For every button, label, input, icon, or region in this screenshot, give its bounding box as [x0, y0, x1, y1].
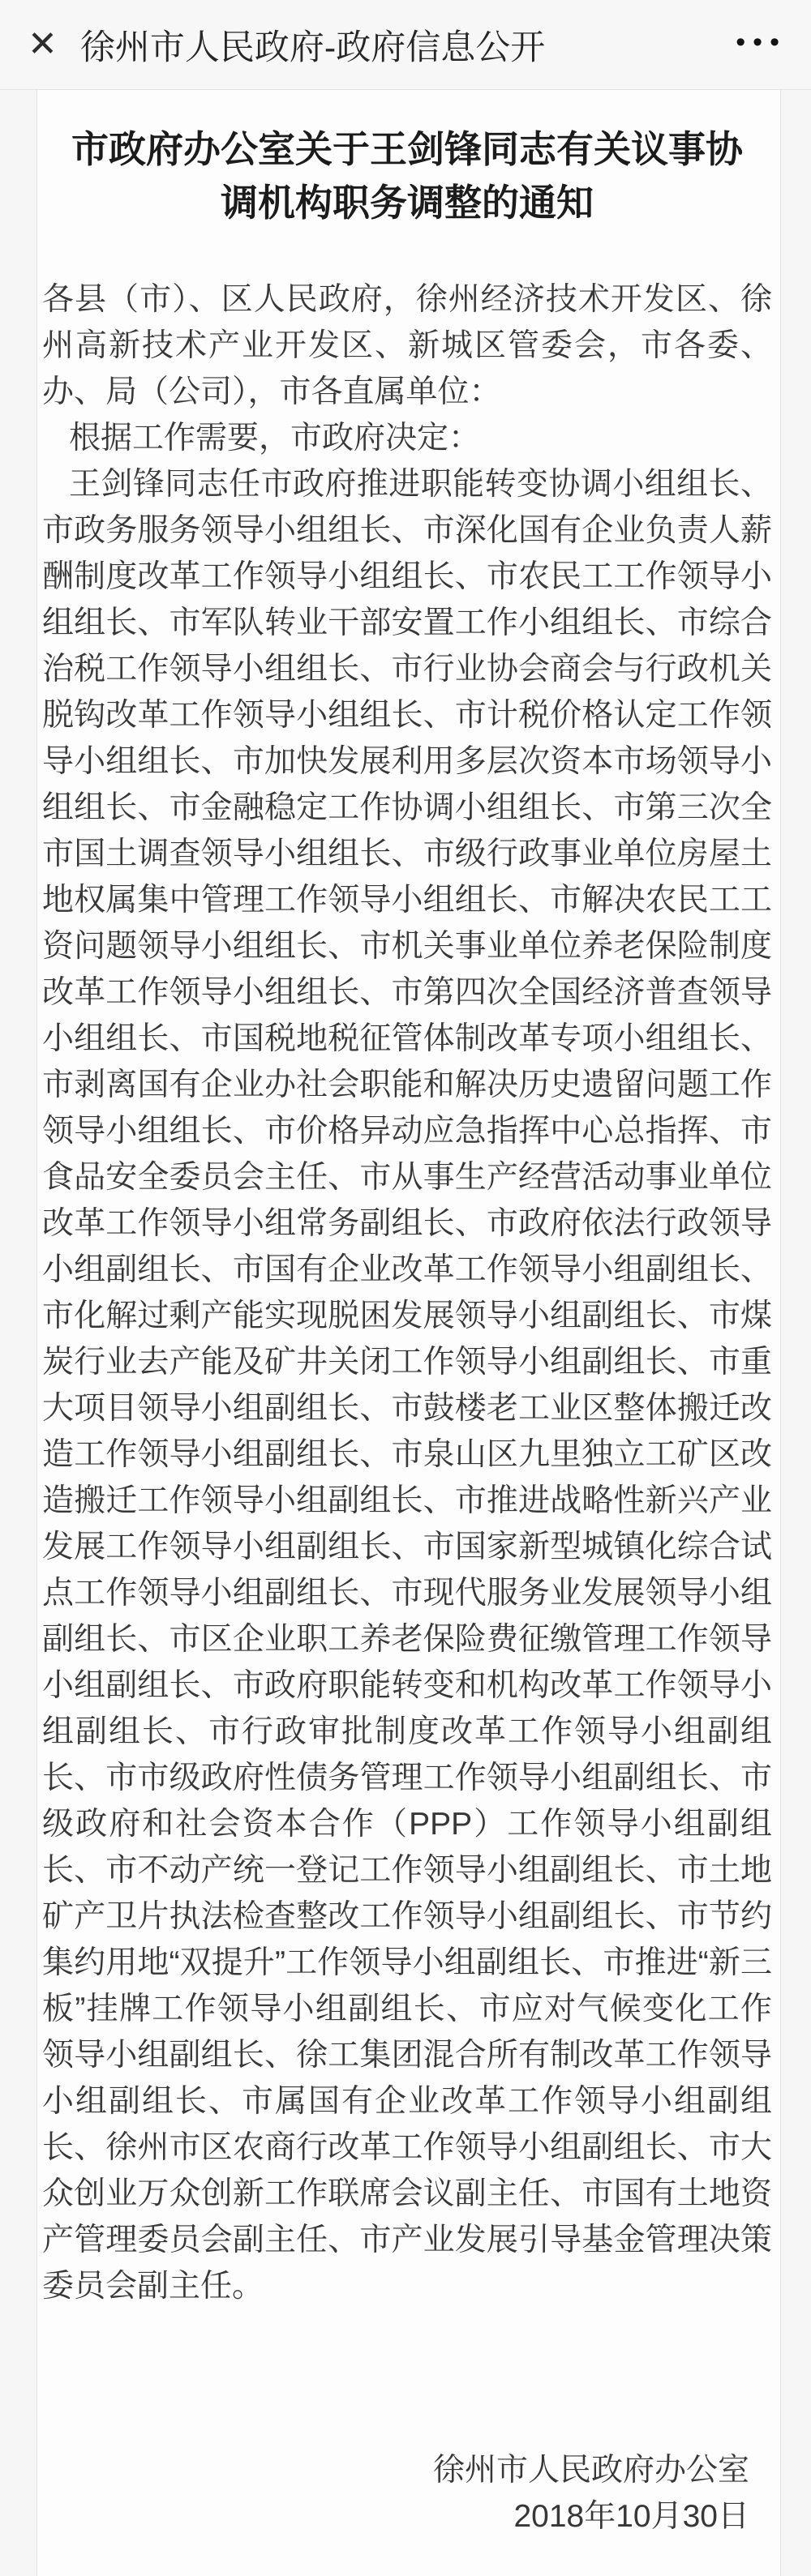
page-title: 徐州市人民政府-政府信息公开	[80, 20, 736, 70]
signature-issuer: 徐州市人民政府办公室	[42, 2447, 749, 2493]
signature-block: 徐州市人民政府办公室 2018年10月30日	[42, 2447, 772, 2540]
paragraph-salutation: 各县（市）、区人民政府，徐州经济技术开发区、徐州高新技术产业开发区、新城区管委会…	[42, 276, 772, 415]
document-title: 市政府办公室关于王剑锋同志有关议事协调机构职务调整的通知	[54, 122, 761, 229]
signature-date: 2018年10月30日	[42, 2493, 749, 2540]
browser-header: ✕ 徐州市人民政府-政府信息公开 •••	[0, 0, 811, 90]
article-card: 市政府办公室关于王剑锋同志有关议事协调机构职务调整的通知 各县（市）、区人民政府…	[36, 90, 781, 2576]
wechat-browser-window: ✕ 徐州市人民政府-政府信息公开 ••• 市政府办公室关于王剑锋同志有关议事协调…	[0, 0, 811, 2576]
paragraph-decision-intro: 根据工作需要，市政府决定：	[42, 415, 772, 461]
paragraph-appointments: 王剑锋同志任市政府推进职能转变协调小组组长、市政务服务领导小组组长、市深化国有企…	[42, 461, 772, 2309]
close-icon[interactable]: ✕	[28, 27, 58, 62]
more-menu-icon[interactable]: •••	[736, 28, 787, 61]
